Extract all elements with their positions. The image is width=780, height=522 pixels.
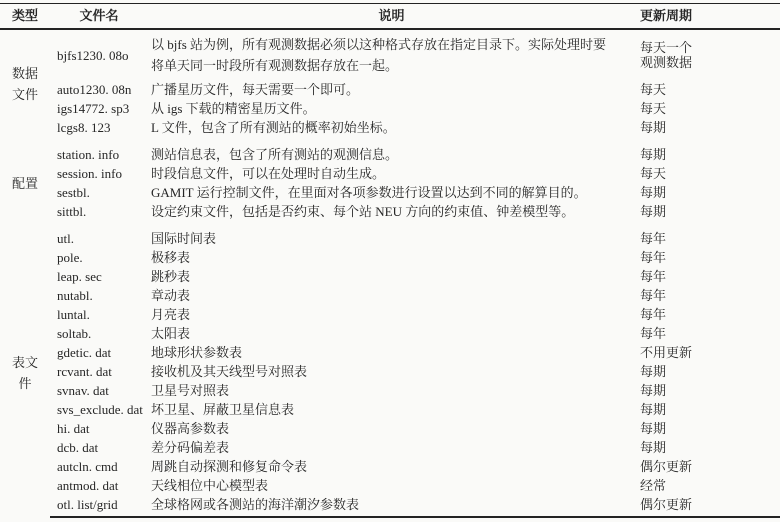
table-row: 表文 件 utl. 国际时间表 每年 xyxy=(0,221,780,248)
cycle-cell: 每期 xyxy=(635,419,780,438)
filename-cell: utl. xyxy=(50,221,148,248)
type-group-data-files: 数据 文件 xyxy=(0,29,50,137)
cycle-cell: 每期 xyxy=(635,400,780,419)
cycle-cell: 每年 xyxy=(635,248,780,267)
table-row: leap. sec 跳秒表 每年 xyxy=(0,267,780,286)
description-cell: 极移表 xyxy=(148,248,635,267)
description-cell: 地球形状参数表 xyxy=(148,343,635,362)
table-row: luntal. 月亮表 每年 xyxy=(0,305,780,324)
table-body: 数据 文件 bjfs1230. 08o 以 bjfs 站为例，所有观测数据必须以… xyxy=(0,29,780,517)
filename-cell: leap. sec xyxy=(50,267,148,286)
filename-cell: station. info xyxy=(50,137,148,164)
filename-cell: lcgs8. 123 xyxy=(50,118,148,137)
description-cell: 太阳表 xyxy=(148,324,635,343)
header-cycle: 更新周期 xyxy=(635,4,780,30)
cycle-cell: 不用更新 xyxy=(635,343,780,362)
header-description: 说明 xyxy=(148,4,635,30)
table-row: otl. list/grid 全球格网或各测站的海洋潮汐参数表 偶尔更新 xyxy=(0,495,780,517)
header-filename: 文件名 xyxy=(50,4,148,30)
table-row: svnav. dat 卫星号对照表 每期 xyxy=(0,381,780,400)
table-header: 类型 文件名 说明 更新周期 xyxy=(0,4,780,30)
cycle-cell: 每年 xyxy=(635,305,780,324)
cycle-cell: 偶尔更新 xyxy=(635,457,780,476)
table-row: autcln. cmd 周跳自动探测和修复命令表 偶尔更新 xyxy=(0,457,780,476)
cycle-cell: 每年 xyxy=(635,286,780,305)
filename-cell: svs_exclude. dat xyxy=(50,400,148,419)
description-cell: 月亮表 xyxy=(148,305,635,324)
description-cell: 以 bjfs 站为例，所有观测数据必须以这种格式存放在指定目录下。实际处理时要 … xyxy=(148,29,635,80)
table-row: hi. dat 仪器高参数表 每期 xyxy=(0,419,780,438)
type-group-table-files: 表文 件 xyxy=(0,221,50,517)
table-row: svs_exclude. dat 坏卫星、屏蔽卫星信息表 每期 xyxy=(0,400,780,419)
filename-cell: soltab. xyxy=(50,324,148,343)
filename-cell: hi. dat xyxy=(50,419,148,438)
header-type: 类型 xyxy=(0,4,50,30)
filename-cell: gdetic. dat xyxy=(50,343,148,362)
cycle-cell: 每期 xyxy=(635,183,780,202)
filename-cell: dcb. dat xyxy=(50,438,148,457)
table-row: sittbl. 设定约束文件，包括是否约束、每个站 NEU 方向的约束值、钟差模… xyxy=(0,202,780,221)
table-row: antmod. dat 天线相位中心模型表 经常 xyxy=(0,476,780,495)
description-cell: 差分码偏差表 xyxy=(148,438,635,457)
filename-cell: otl. list/grid xyxy=(50,495,148,517)
cycle-cell: 每期 xyxy=(635,362,780,381)
table-row: sestbl. GAMIT 运行控制文件，在里面对各项参数进行设置以达到不同的解… xyxy=(0,183,780,202)
description-cell: 章动表 xyxy=(148,286,635,305)
description-cell: 广播星历文件，每天需要一个即可。 xyxy=(148,80,635,99)
description-cell: 周跳自动探测和修复命令表 xyxy=(148,457,635,476)
cycle-cell: 每期 xyxy=(635,137,780,164)
cycle-cell: 偶尔更新 xyxy=(635,495,780,517)
filename-cell: rcvant. dat xyxy=(50,362,148,381)
description-cell: GAMIT 运行控制文件，在里面对各项参数进行设置以达到不同的解算目的。 xyxy=(148,183,635,202)
header-row: 类型 文件名 说明 更新周期 xyxy=(0,4,780,30)
filename-cell: session. info xyxy=(50,164,148,183)
filename-cell: sittbl. xyxy=(50,202,148,221)
description-cell: 卫星号对照表 xyxy=(148,381,635,400)
description-cell: 仪器高参数表 xyxy=(148,419,635,438)
description-cell: 全球格网或各测站的海洋潮汐参数表 xyxy=(148,495,635,517)
description-cell: 测站信息表，包含了所有测站的观测信息。 xyxy=(148,137,635,164)
table-row: soltab. 太阳表 每年 xyxy=(0,324,780,343)
description-cell: 时段信息文件，可以在处理时自动生成。 xyxy=(148,164,635,183)
table-row: rcvant. dat 接收机及其天线型号对照表 每期 xyxy=(0,362,780,381)
description-cell: 国际时间表 xyxy=(148,221,635,248)
filename-cell: svnav. dat xyxy=(50,381,148,400)
table-row: auto1230. 08n 广播星历文件，每天需要一个即可。 每天 xyxy=(0,80,780,99)
document-table-container: 类型 文件名 说明 更新周期 数据 文件 bjfs1230. 08o 以 bjf… xyxy=(0,0,780,518)
filename-cell: antmod. dat xyxy=(50,476,148,495)
gamit-files-table: 类型 文件名 说明 更新周期 数据 文件 bjfs1230. 08o 以 bjf… xyxy=(0,3,780,518)
cycle-cell: 每天 xyxy=(635,99,780,118)
cycle-cell: 每天 xyxy=(635,80,780,99)
table-row: session. info 时段信息文件，可以在处理时自动生成。 每天 xyxy=(0,164,780,183)
table-row: igs14772. sp3 从 igs 下载的精密星历文件。 每天 xyxy=(0,99,780,118)
cycle-cell: 每期 xyxy=(635,381,780,400)
description-cell: 跳秒表 xyxy=(148,267,635,286)
cycle-cell: 每期 xyxy=(635,202,780,221)
table-row: dcb. dat 差分码偏差表 每期 xyxy=(0,438,780,457)
description-cell: 接收机及其天线型号对照表 xyxy=(148,362,635,381)
cycle-cell: 每天一个 观测数据 xyxy=(635,29,780,80)
table-row: pole. 极移表 每年 xyxy=(0,248,780,267)
table-row: gdetic. dat 地球形状参数表 不用更新 xyxy=(0,343,780,362)
filename-cell: pole. xyxy=(50,248,148,267)
cycle-cell: 每年 xyxy=(635,324,780,343)
cycle-cell: 每期 xyxy=(635,438,780,457)
filename-cell: nutabl. xyxy=(50,286,148,305)
filename-cell: autcln. cmd xyxy=(50,457,148,476)
filename-cell: igs14772. sp3 xyxy=(50,99,148,118)
table-row: lcgs8. 123 L 文件，包含了所有测站的概率初始坐标。 每期 xyxy=(0,118,780,137)
type-group-config: 配置 xyxy=(0,137,50,221)
filename-cell: luntal. xyxy=(50,305,148,324)
cycle-cell: 每期 xyxy=(635,118,780,137)
table-row: nutabl. 章动表 每年 xyxy=(0,286,780,305)
table-row: 数据 文件 bjfs1230. 08o 以 bjfs 站为例，所有观测数据必须以… xyxy=(0,29,780,80)
cycle-cell: 每年 xyxy=(635,221,780,248)
filename-cell: sestbl. xyxy=(50,183,148,202)
filename-cell: auto1230. 08n xyxy=(50,80,148,99)
cycle-cell: 每天 xyxy=(635,164,780,183)
filename-cell: bjfs1230. 08o xyxy=(50,29,148,80)
table-row: 配置 station. info 测站信息表，包含了所有测站的观测信息。 每期 xyxy=(0,137,780,164)
description-cell: 坏卫星、屏蔽卫星信息表 xyxy=(148,400,635,419)
cycle-cell: 经常 xyxy=(635,476,780,495)
description-cell: 从 igs 下载的精密星历文件。 xyxy=(148,99,635,118)
description-cell: 天线相位中心模型表 xyxy=(148,476,635,495)
description-cell: 设定约束文件，包括是否约束、每个站 NEU 方向的约束值、钟差模型等。 xyxy=(148,202,635,221)
description-cell: L 文件，包含了所有测站的概率初始坐标。 xyxy=(148,118,635,137)
cycle-cell: 每年 xyxy=(635,267,780,286)
